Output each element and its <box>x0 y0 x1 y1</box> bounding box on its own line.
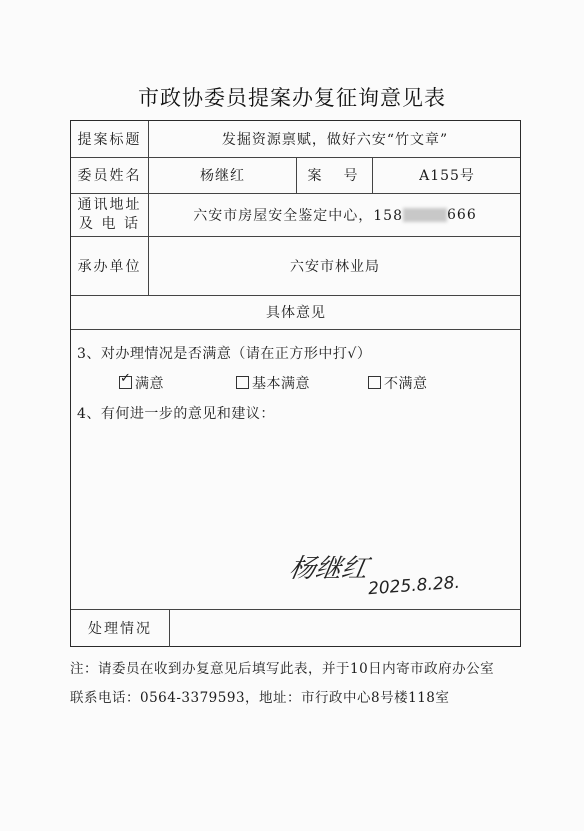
contact-label-line2: 及 电 话 <box>79 215 140 234</box>
form-title: 市政协委员提案办复征询意见表 <box>0 82 584 112</box>
contact-value-prefix: 六安市房屋安全鉴定中心，158 <box>193 205 403 225</box>
contact-value: 六安市房屋安全鉴定中心，158 666 <box>149 193 521 236</box>
checkbox-empty-icon[interactable] <box>236 376 249 389</box>
option-label: 基本满意 <box>252 376 310 392</box>
member-name-label: 委员姓名 <box>71 157 148 193</box>
option-basically-satisfied[interactable]: 基本满意 <box>236 373 310 393</box>
question-4: 4、有何进一步的意见和建议： <box>77 403 275 423</box>
handler-label: 承办单位 <box>71 236 148 295</box>
handler-value: 六安市林业局 <box>149 236 521 295</box>
processing-value[interactable] <box>170 609 521 647</box>
redacted-phone-digits <box>403 208 447 222</box>
checkbox-checked-icon[interactable] <box>119 376 132 389</box>
option-label: 不满意 <box>384 376 428 392</box>
opinion-header: 具体意见 <box>71 295 521 329</box>
option-label: 满意 <box>135 376 164 392</box>
question-3: 3、对办理情况是否满意（请在正方形中打√） <box>77 343 371 363</box>
handwritten-signature: 杨继红 <box>287 548 372 585</box>
note-line-2: 联系电话：0564-3379593，地址：市行政中心8号楼118室 <box>70 686 449 706</box>
processing-label: 处理情况 <box>71 609 169 647</box>
contact-label-line1: 通讯地址 <box>78 196 142 215</box>
member-name-value: 杨继红 <box>149 157 296 193</box>
note-line-1: 注：请委员在收到办复意见后填写此表，并于10日内寄市政府办公室 <box>70 657 494 677</box>
proposal-title-label: 提案标题 <box>71 121 148 157</box>
contact-value-suffix: 666 <box>447 207 477 223</box>
case-no-label: 案 号 <box>297 157 372 193</box>
option-dissatisfied[interactable]: 不满意 <box>368 373 428 393</box>
divider <box>71 329 520 330</box>
option-satisfied[interactable]: 满意 <box>119 373 164 393</box>
case-no-value: A155号 <box>373 157 521 193</box>
contact-label: 通讯地址 及 电 话 <box>71 193 148 236</box>
checkbox-empty-icon[interactable] <box>368 376 381 389</box>
proposal-title-value: 发掘资源禀赋，做好六安“竹文章” <box>149 121 521 157</box>
